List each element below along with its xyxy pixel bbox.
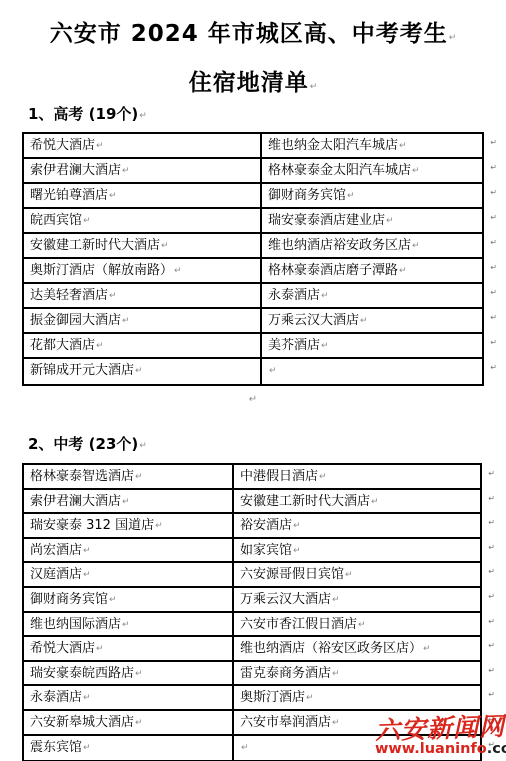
hotel-name-text: 中港假日酒店 <box>240 469 318 484</box>
table-row: 瑞安豪泰皖西路店↵雷克泰商务酒店↵↵ <box>24 662 480 687</box>
hotel-name-text: 曙光铂尊酒店 <box>30 188 108 203</box>
hotel-name-text: 新锦成开元大酒店 <box>30 363 134 378</box>
hotel-name-text: 维也纳酒店（裕安区政务区店） <box>240 641 422 656</box>
hotel-name-text: 万乘云汉大酒店 <box>240 592 331 607</box>
hotel-name-text: 汉庭酒店 <box>30 567 82 582</box>
return-mark-icon: ↵ <box>321 291 329 301</box>
return-mark-icon: ↵ <box>371 497 379 507</box>
hotel-name-cell: 六安新皋城大酒店↵ <box>24 711 234 734</box>
hotel-name-cell: 汉庭酒店↵ <box>24 563 234 586</box>
table-row: 格林豪泰智选酒店↵中港假日酒店↵↵ <box>24 465 480 490</box>
title-line-2-text: 住宿地清单 <box>189 70 309 96</box>
table-row: 花都大酒店↵美芥酒店↵↵ <box>24 334 482 359</box>
hotel-name-cell: 瑞安豪泰 312 国道店↵ <box>24 514 234 537</box>
hotel-name-text: 御财商务宾馆 <box>268 188 346 203</box>
row-end-mark-icon: ↵ <box>488 592 495 601</box>
document-title: 六安市 2024 年市城区高、中考考生↵ 住宿地清单↵ <box>0 12 506 110</box>
return-mark-icon: ↵ <box>412 166 420 176</box>
return-mark-icon: ↵ <box>135 472 143 482</box>
hotel-name-text: 奥斯汀酒店（解放南路） <box>30 263 173 278</box>
row-end-mark-icon: ↵ <box>488 641 495 650</box>
hotel-name-cell: 希悦大酒店↵ <box>24 637 234 660</box>
hotel-name-cell: 六安市香江假日酒店↵ <box>234 613 480 636</box>
hotel-name-cell: 维也纳金太阳汽车城店↵ <box>262 134 482 157</box>
hotel-name-text: 维也纳国际酒店 <box>30 617 121 632</box>
row-end-mark-icon: ↵ <box>490 288 497 297</box>
row-end-mark-icon: ↵ <box>488 518 495 527</box>
hotel-name-text: 格林豪泰酒店磨子潭路 <box>268 263 398 278</box>
table-row: 御财商务宾馆↵万乘云汉大酒店↵↵ <box>24 588 480 613</box>
table-row: 振金御园大酒店↵万乘云汉大酒店↵↵ <box>24 309 482 334</box>
return-mark-icon: ↵ <box>122 620 130 630</box>
hotel-name-text: 六安源哥假日宾馆 <box>240 567 344 582</box>
hotel-name-cell: 维也纳国际酒店↵ <box>24 613 234 636</box>
hotel-name-text: 索伊君澜大酒店 <box>30 494 121 509</box>
row-end-mark-icon: ↵ <box>490 263 497 272</box>
hotel-name-text: 雷克泰商务酒店 <box>240 666 331 681</box>
hotel-name-cell: 万乘云汉大酒店↵ <box>234 588 480 611</box>
hotel-name-cell: 曙光铂尊酒店↵ <box>24 184 262 207</box>
table-row: 希悦大酒店↵维也纳酒店（裕安区政务区店）↵↵ <box>24 637 480 662</box>
return-mark-icon: ↵ <box>139 441 147 451</box>
return-mark-icon: ↵ <box>83 570 91 580</box>
hotel-name-cell: 美芥酒店↵ <box>262 334 482 357</box>
hotel-name-text: 维也纳酒店裕安政务区店 <box>268 238 411 253</box>
hotel-name-cell: 中港假日酒店↵ <box>234 465 480 488</box>
section-2-heading-text: 2、中考 (23个) <box>28 435 138 453</box>
return-mark-icon: ↵ <box>135 718 143 728</box>
table-row: 希悦大酒店↵维也纳金太阳汽车城店↵↵ <box>24 134 482 159</box>
hotel-name-cell: 万乘云汉大酒店↵ <box>262 309 482 332</box>
gaokao-hotel-table: 希悦大酒店↵维也纳金太阳汽车城店↵↵索伊君澜大酒店↵格林豪泰金太阳汽车城店↵↵曙… <box>22 132 484 386</box>
return-mark-icon: ↵ <box>83 546 91 556</box>
row-end-mark-icon: ↵ <box>490 138 497 147</box>
hotel-name-cell: 振金御园大酒店↵ <box>24 309 262 332</box>
hotel-name-cell: 雷克泰商务酒店↵ <box>234 662 480 685</box>
return-mark-icon: ↵ <box>161 241 169 251</box>
return-mark-icon: ↵ <box>135 669 143 679</box>
return-mark-icon: ↵ <box>347 191 355 201</box>
return-mark-icon: ↵ <box>449 33 457 43</box>
return-mark-icon: ↵ <box>109 595 117 605</box>
return-mark-icon: ↵ <box>96 341 104 351</box>
return-mark-icon: ↵ <box>83 693 91 703</box>
return-mark-icon: ↵ <box>155 521 163 531</box>
hotel-name-text: 瑞安豪泰皖西路店 <box>30 666 134 681</box>
hotel-name-text: 振金御园大酒店 <box>30 313 121 328</box>
hotel-name-cell: ↵ <box>262 359 482 384</box>
return-mark-icon: ↵ <box>321 341 329 351</box>
row-end-mark-icon: ↵ <box>488 494 495 503</box>
return-mark-icon: ↵ <box>122 316 130 326</box>
hotel-name-cell: 六安源哥假日宾馆↵ <box>234 563 480 586</box>
hotel-name-cell: 格林豪泰智选酒店↵ <box>24 465 234 488</box>
hotel-name-cell: 索伊君澜大酒店↵ <box>24 159 262 182</box>
table-row: 奥斯汀酒店（解放南路）↵格林豪泰酒店磨子潭路↵↵ <box>24 259 482 284</box>
title-line-1: 六安市 2024 年市城区高、中考考生↵ <box>0 12 506 61</box>
return-mark-icon: ↵ <box>109 291 117 301</box>
hotel-name-text: 安徽建工新时代大酒店 <box>30 238 160 253</box>
return-mark-icon: ↵ <box>139 111 147 121</box>
hotel-name-cell: 安徽建工新时代大酒店↵ <box>234 490 480 513</box>
row-end-mark-icon: ↵ <box>488 617 495 626</box>
return-mark-icon: ↵ <box>122 166 130 176</box>
return-mark-icon: ↵ <box>423 644 431 654</box>
hotel-name-cell: 皖西宾馆↵ <box>24 209 262 232</box>
return-mark-icon: ↵ <box>135 366 143 376</box>
hotel-name-cell: 格林豪泰酒店磨子潭路↵ <box>262 259 482 282</box>
row-end-mark-icon: ↵ <box>490 163 497 172</box>
hotel-name-text: 万乘云汉大酒店 <box>268 313 359 328</box>
return-mark-icon: ↵ <box>412 241 420 251</box>
return-mark-icon: ↵ <box>306 693 314 703</box>
return-mark-icon: ↵ <box>310 82 318 92</box>
table-row: 皖西宾馆↵瑞安豪泰酒店建业店↵↵ <box>24 209 482 234</box>
return-mark-icon: ↵ <box>399 141 407 151</box>
table-row: 永泰酒店↵奥斯汀酒店↵↵ <box>24 686 480 711</box>
hotel-name-text: 六安市香江假日酒店 <box>240 617 357 632</box>
row-end-mark-icon: ↵ <box>488 469 495 478</box>
row-end-mark-icon: ↵ <box>490 213 497 222</box>
row-end-mark-icon: ↵ <box>488 567 495 576</box>
news-site-watermark: 六安新闻网 www.luaninfo.com <box>375 716 505 757</box>
hotel-name-text: 格林豪泰智选酒店 <box>30 469 134 484</box>
table-row: 汉庭酒店↵六安源哥假日宾馆↵↵ <box>24 563 480 588</box>
hotel-name-text: 安徽建工新时代大酒店 <box>240 494 370 509</box>
return-mark-icon: ↵ <box>269 366 277 376</box>
hotel-name-cell: 索伊君澜大酒店↵ <box>24 490 234 513</box>
return-mark-icon: ↵ <box>96 644 104 654</box>
return-mark-icon: ↵ <box>174 266 182 276</box>
row-end-mark-icon: ↵ <box>490 238 497 247</box>
hotel-name-cell: 维也纳酒店（裕安区政务区店）↵ <box>234 637 480 660</box>
hotel-name-text: 花都大酒店 <box>30 338 95 353</box>
hotel-name-text: 皖西宾馆 <box>30 213 82 228</box>
paragraph-mark: ↵ <box>0 394 506 405</box>
table-row: 维也纳国际酒店↵六安市香江假日酒店↵↵ <box>24 613 480 638</box>
hotel-name-text: 裕安酒店 <box>240 518 292 533</box>
table-row: 达美轻奢酒店↵永泰酒店↵↵ <box>24 284 482 309</box>
hotel-name-cell: 格林豪泰金太阳汽车城店↵ <box>262 159 482 182</box>
hotel-name-text: 如家宾馆 <box>240 543 292 558</box>
return-mark-icon: ↵ <box>360 316 368 326</box>
hotel-name-cell: 瑞安豪泰皖西路店↵ <box>24 662 234 685</box>
table-row: 安徽建工新时代大酒店↵维也纳酒店裕安政务区店↵↵ <box>24 234 482 259</box>
hotel-name-cell: 安徽建工新时代大酒店↵ <box>24 234 262 257</box>
hotel-name-cell: 达美轻奢酒店↵ <box>24 284 262 307</box>
hotel-name-cell: 裕安酒店↵ <box>234 514 480 537</box>
hotel-name-cell: 维也纳酒店裕安政务区店↵ <box>262 234 482 257</box>
return-mark-icon: ↵ <box>241 743 249 753</box>
table-row: 瑞安豪泰 312 国道店↵裕安酒店↵↵ <box>24 514 480 539</box>
hotel-name-cell: 永泰酒店↵ <box>24 686 234 709</box>
row-end-mark-icon: ↵ <box>488 666 495 675</box>
hotel-name-cell: 瑞安豪泰酒店建业店↵ <box>262 209 482 232</box>
hotel-name-cell: 御财商务宾馆↵ <box>262 184 482 207</box>
return-mark-icon: ↵ <box>345 570 353 580</box>
hotel-name-text: 希悦大酒店 <box>30 641 95 656</box>
hotel-name-text: 永泰酒店 <box>268 288 320 303</box>
return-mark-icon: ↵ <box>96 141 104 151</box>
row-end-mark-icon: ↵ <box>488 690 495 699</box>
table-row: 曙光铂尊酒店↵御财商务宾馆↵↵ <box>24 184 482 209</box>
hotel-name-cell: 希悦大酒店↵ <box>24 134 262 157</box>
return-mark-icon: ↵ <box>293 521 301 531</box>
hotel-name-cell: 震东宾馆↵ <box>24 736 234 761</box>
row-end-mark-icon: ↵ <box>490 338 497 347</box>
title-line-1-text: 六安市 2024 年市城区高、中考考生 <box>50 21 448 47</box>
hotel-name-text: 美芥酒店 <box>268 338 320 353</box>
watermark-url-dark: .com <box>487 741 506 757</box>
hotel-name-cell: 尚宏酒店↵ <box>24 539 234 562</box>
hotel-name-text: 索伊君澜大酒店 <box>30 163 121 178</box>
row-end-mark-icon: ↵ <box>490 363 497 372</box>
hotel-name-cell: 永泰酒店↵ <box>262 284 482 307</box>
hotel-name-text: 尚宏酒店 <box>30 543 82 558</box>
hotel-name-text: 御财商务宾馆 <box>30 592 108 607</box>
return-mark-icon: ↵ <box>332 595 340 605</box>
hotel-name-cell: 奥斯汀酒店↵ <box>234 686 480 709</box>
luan-news-logo: 六安新闻网 <box>375 713 506 744</box>
hotel-name-text: 格林豪泰金太阳汽车城店 <box>268 163 411 178</box>
return-mark-icon: ↵ <box>122 497 130 507</box>
section-2-heading: 2、中考 (23个)↵ <box>28 433 147 454</box>
row-end-mark-icon: ↵ <box>490 188 497 197</box>
return-mark-icon: ↵ <box>109 191 117 201</box>
section-1-heading: 1、高考 (19个)↵ <box>28 103 147 124</box>
return-mark-icon: ↵ <box>358 620 366 630</box>
hotel-name-cell: 花都大酒店↵ <box>24 334 262 357</box>
table-row: 新锦成开元大酒店↵↵↵ <box>24 359 482 384</box>
hotel-name-cell: 新锦成开元大酒店↵ <box>24 359 262 384</box>
hotel-name-text: 希悦大酒店 <box>30 138 95 153</box>
table-row: 索伊君澜大酒店↵安徽建工新时代大酒店↵↵ <box>24 490 480 515</box>
row-end-mark-icon: ↵ <box>490 313 497 322</box>
return-mark-icon: ↵ <box>83 743 91 753</box>
hotel-name-text: 永泰酒店 <box>30 690 82 705</box>
return-mark-icon: ↵ <box>83 216 91 226</box>
return-mark-icon: ↵ <box>332 669 340 679</box>
table-row: 尚宏酒店↵如家宾馆↵↵ <box>24 539 480 564</box>
return-mark-icon: ↵ <box>319 472 327 482</box>
return-mark-icon: ↵ <box>332 718 340 728</box>
return-mark-icon: ↵ <box>399 266 407 276</box>
row-end-mark-icon: ↵ <box>488 543 495 552</box>
table-row: 索伊君澜大酒店↵格林豪泰金太阳汽车城店↵↵ <box>24 159 482 184</box>
hotel-name-cell: 奥斯汀酒店（解放南路）↵ <box>24 259 262 282</box>
hotel-name-text: 瑞安豪泰 312 国道店 <box>30 518 154 533</box>
return-mark-icon: ↵ <box>293 546 301 556</box>
hotel-name-text: 奥斯汀酒店 <box>240 690 305 705</box>
hotel-name-text: 维也纳金太阳汽车城店 <box>268 138 398 153</box>
hotel-name-text: 六安新皋城大酒店 <box>30 715 134 730</box>
return-mark-icon: ↵ <box>386 216 394 226</box>
hotel-name-text: 六安市皋润酒店 <box>240 715 331 730</box>
hotel-name-cell: 如家宾馆↵ <box>234 539 480 562</box>
hotel-name-cell: 御财商务宾馆↵ <box>24 588 234 611</box>
section-1-heading-text: 1、高考 (19个) <box>28 105 138 123</box>
hotel-name-text: 达美轻奢酒店 <box>30 288 108 303</box>
hotel-name-text: 震东宾馆 <box>30 740 82 755</box>
hotel-name-text: 瑞安豪泰酒店建业店 <box>268 213 385 228</box>
